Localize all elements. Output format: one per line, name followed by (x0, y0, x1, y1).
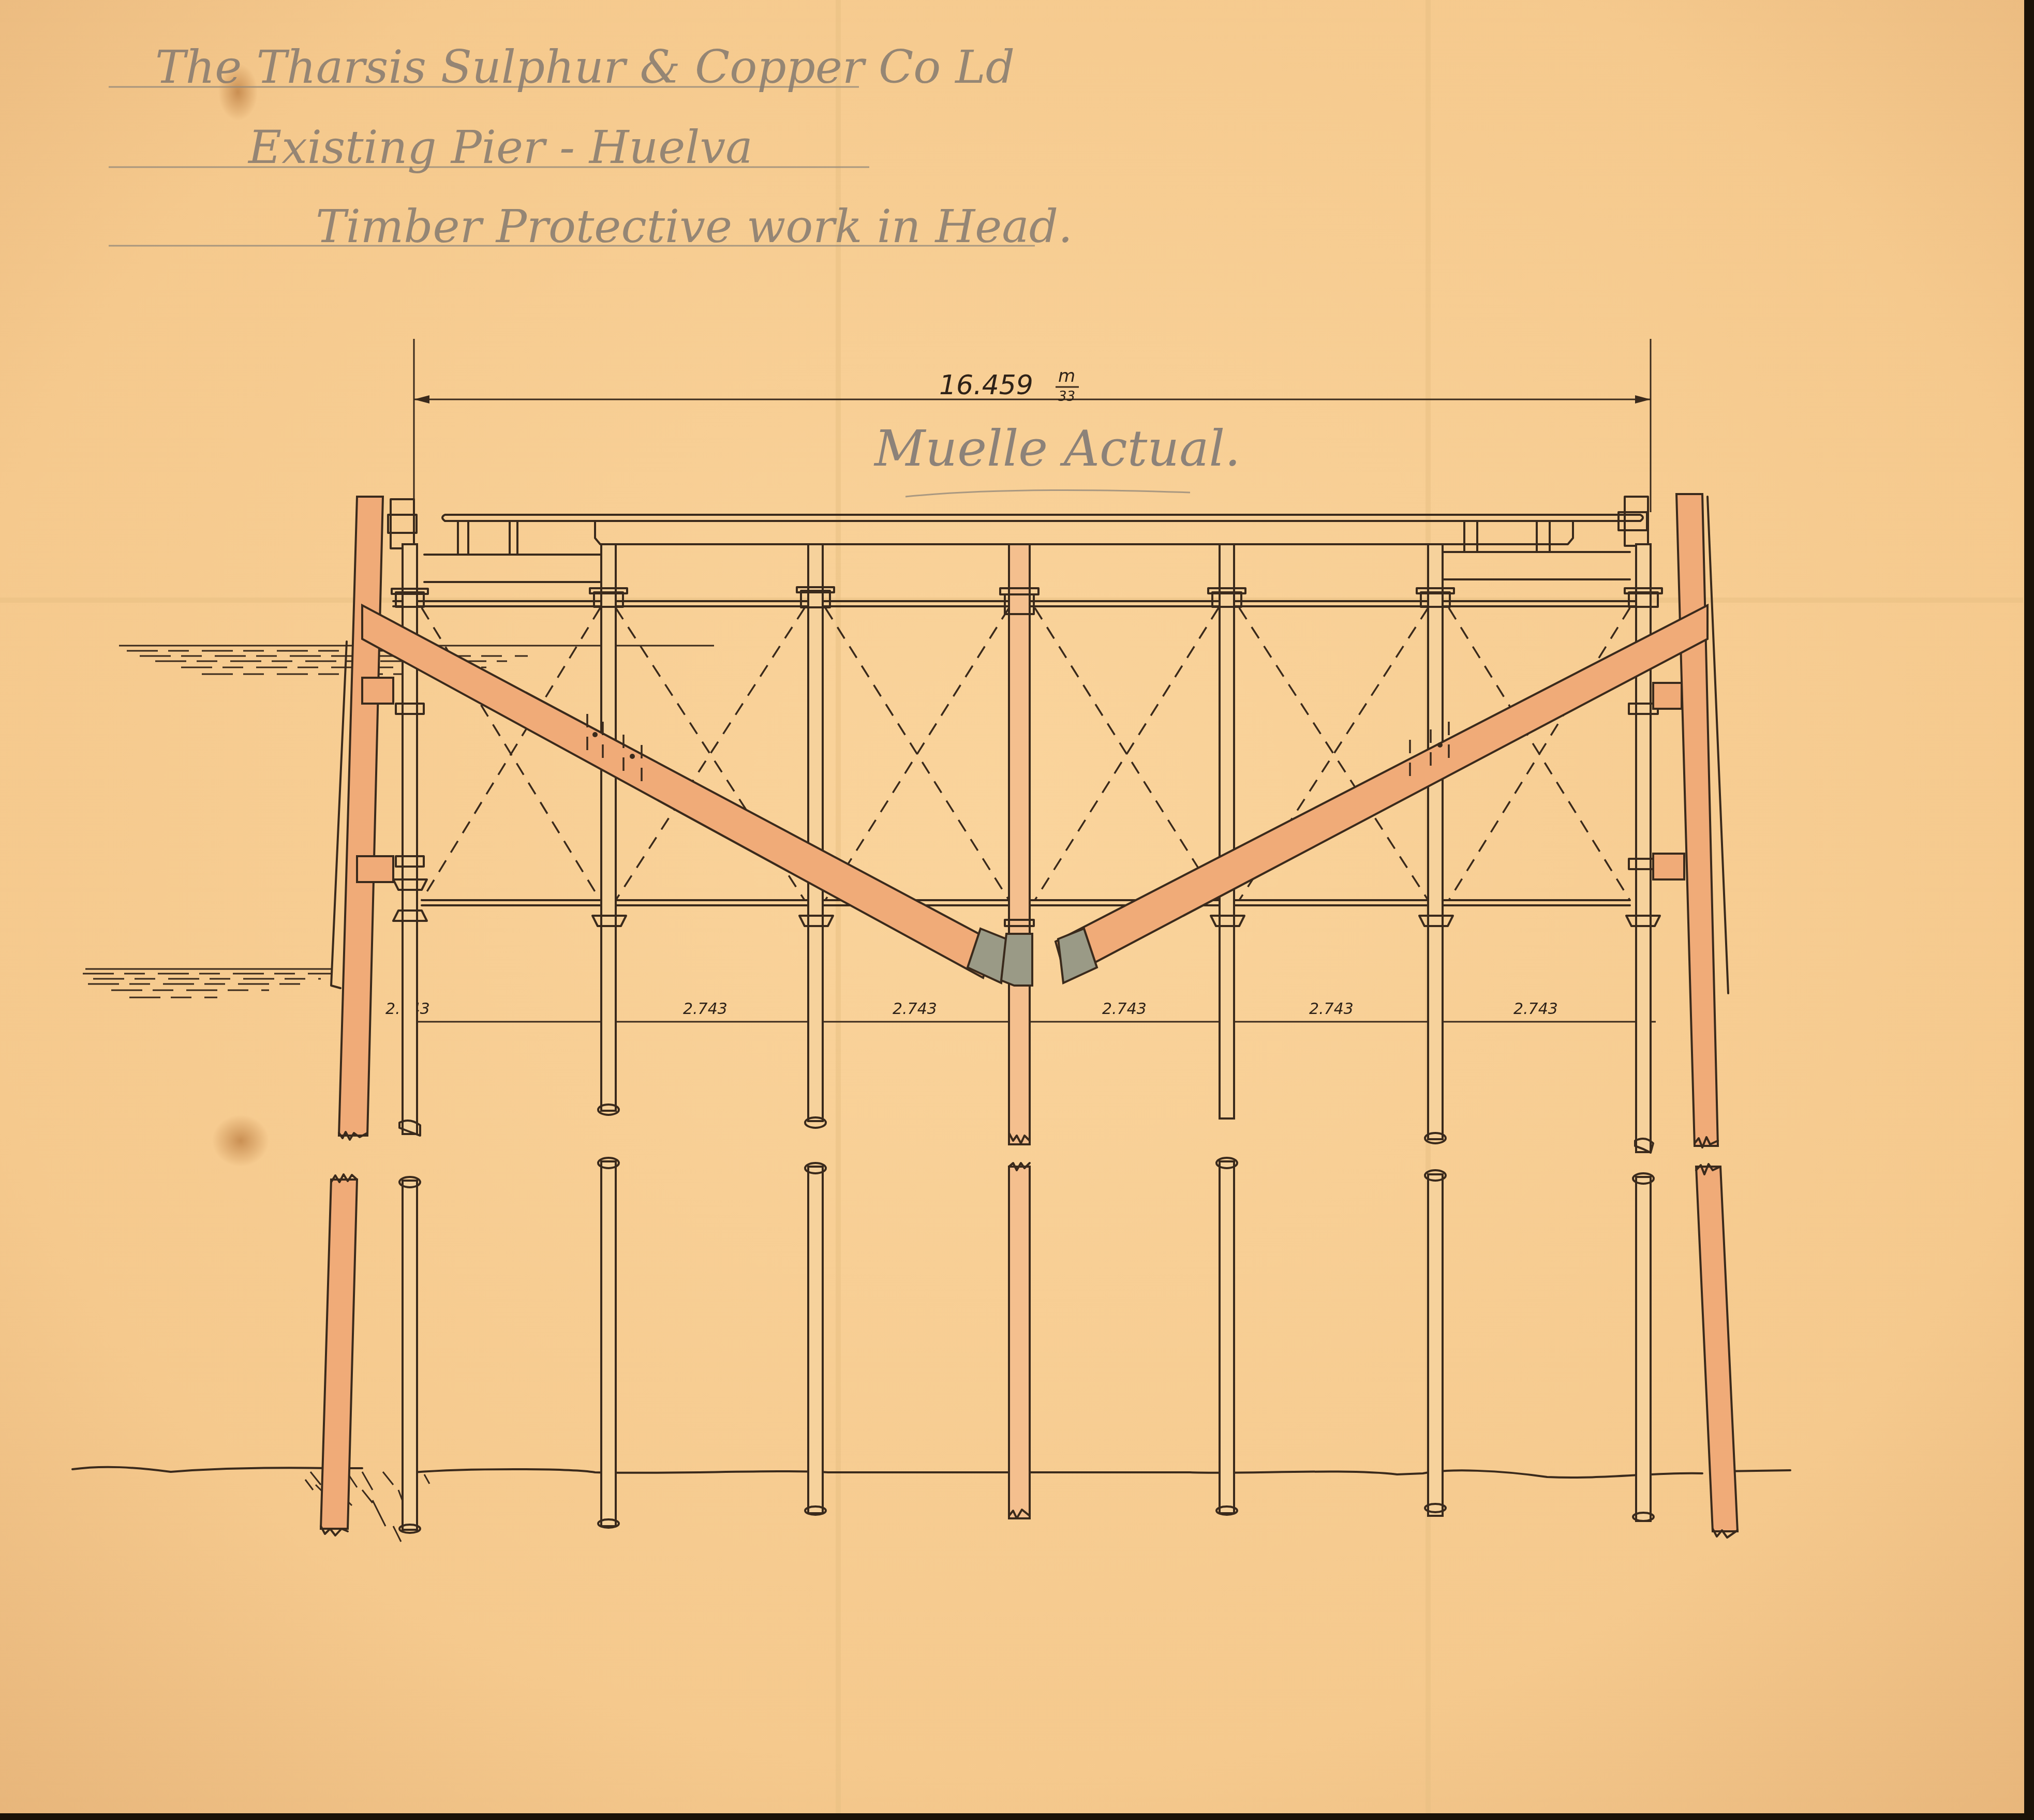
overall-dimension-unit: m (1058, 366, 1075, 386)
paper-edge-bottom (0, 1813, 2034, 1820)
title-line-subject: Timber Protective work in Head. (316, 200, 1073, 253)
overall-dimension-subunit: 33 (1058, 389, 1075, 405)
title-line-pier: Existing Pier - Huelva (247, 121, 753, 174)
bay-dimension-3: 2.743 (893, 1000, 937, 1018)
title-line-company: The Tharsis Sulphur & Copper Co Ld (155, 40, 1015, 94)
section-label-text: Muelle Actual. (873, 420, 1241, 478)
bay-dimension-5: 2.743 (1309, 1000, 1354, 1018)
drawing-sheet: The Tharsis Sulphur & Copper Co Ld Exist… (0, 0, 2034, 1820)
bay-dimension-2: 2.743 (683, 1000, 728, 1018)
bay-dimension-4: 2.743 (1102, 1000, 1147, 1018)
paper-edge (2024, 0, 2034, 1820)
stain-mark (212, 1115, 269, 1167)
bay-dimension-6: 2.743 (1513, 1000, 1558, 1018)
overall-dimension-value: 16.459 (939, 370, 1033, 401)
